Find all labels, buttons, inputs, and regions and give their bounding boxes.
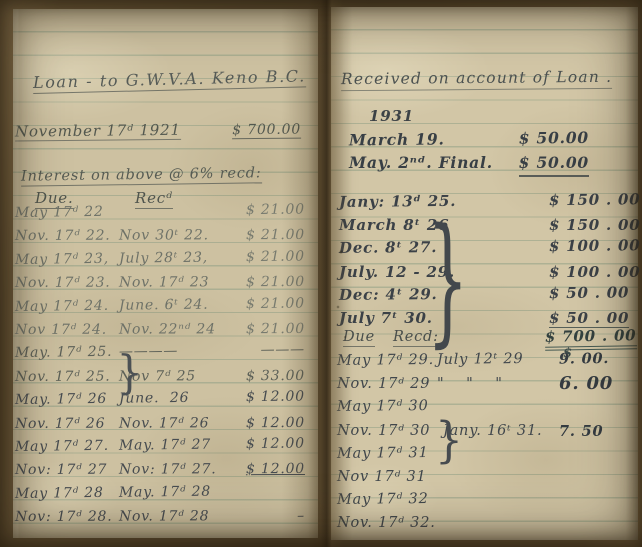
- due-cell: May 17ᵈ 30: [337, 398, 429, 415]
- table-row: March 19.$ 50.00: [331, 127, 631, 154]
- recd-cell: June. 26: [119, 389, 237, 406]
- left-page: Loan - to G.W.V.A. Keno B.C. November 17…: [13, 9, 318, 538]
- due-cell: May 17ᵈ 29.: [337, 352, 434, 369]
- table-row: Dec. 8ᵗ 27.$ 100 . 00: [331, 237, 631, 263]
- due-cell: Nov 17ᵈ 31: [337, 469, 427, 485]
- bracket-1930: }: [435, 412, 464, 468]
- amt-cell: $ 12.00: [237, 461, 315, 477]
- year-label: 1931: [369, 107, 414, 125]
- table-row: Nov. 17ᵈ 22.Nov 30ᵗ 22.$ 21.00: [15, 227, 315, 251]
- due-column-header: Due.: [35, 189, 74, 209]
- table-row: Dec: 4ᵗ 29.$ 50 . 00: [331, 283, 631, 309]
- table-row: Nov. 17ᵈ 25.Nov 7ᵈ 25$ 33.00: [15, 368, 315, 392]
- date-cell: March 19.: [331, 129, 445, 154]
- date-cell: July 7ᵗ 30.: [331, 309, 433, 332]
- amt-cell: ———: [237, 342, 315, 359]
- amt-cell: $ 50.00: [519, 153, 589, 177]
- recd-column-header: Recᵈ: [135, 189, 173, 209]
- table-row: Nov. 17ᵈ 26Nov. 17ᵈ 26$ 12.00: [15, 414, 315, 438]
- table-row: May. 17ᵈ 25.———————: [15, 342, 315, 369]
- table-row: May 17ᵈ 31: [331, 443, 636, 469]
- table-row: May 17ᵈ 24.June. 6ᵗ 24.$ 21.00: [15, 295, 315, 322]
- due-cell: May 17ᵈ 22: [15, 204, 119, 221]
- date-cell: Jany: 13ᵈ 25.: [331, 192, 456, 216]
- recd-cell: July 28ᵗ 23,: [119, 249, 237, 266]
- amt-cell: $ 21.00: [237, 248, 315, 265]
- recd-cell: Nov. 17ᵈ 23: [119, 274, 237, 290]
- recd-cell: May. 17ᵈ 28: [119, 483, 237, 500]
- received-title: Received on account of Loan .: [341, 68, 612, 91]
- amt-cell: $ 50 . 00: [549, 283, 629, 302]
- recd-cell: ————: [119, 343, 237, 360]
- amt-cell: $ 100 . 00: [549, 263, 641, 281]
- table-row: May 17ᵈ 28May. 17ᵈ 28: [15, 482, 315, 509]
- table-row: May. 2ⁿᵈ. Final.$ 50.00: [331, 153, 631, 177]
- amt-cell: $ 100 . 00: [549, 237, 641, 256]
- recd-cell: Nov 30ᵗ 22.: [119, 228, 237, 244]
- table-row: May. 17ᵈ 26June. 26$ 12.00: [15, 388, 315, 415]
- bracket-principal-group: }: [427, 197, 469, 361]
- interest-due-table: May 17ᵈ 29.July 12ᵗ 299. 00.Nov. 17ᵈ 29"…: [331, 353, 636, 539]
- loan-title: Loan - to G.W.V.A. Keno B.C.: [33, 66, 306, 94]
- amt-cell: $ 21.00: [237, 274, 315, 290]
- table-row: May 17ᵈ 30: [331, 396, 636, 422]
- recd-cell: " " ": [437, 376, 503, 392]
- table-row: Nov: 17ᵈ 28.Nov. 17ᵈ 28–: [15, 508, 315, 532]
- due-cell: May 17ᵈ 23,: [15, 251, 119, 268]
- amt-cell: 7. 50: [559, 423, 603, 440]
- due-cell: May 17ᵈ 31: [337, 445, 429, 462]
- due-cell: Nov: 17ᵈ 27: [15, 462, 119, 478]
- table-row: July. 12 - 29.$ 100 . 00: [331, 263, 631, 286]
- recd-cell: Jany. 16ᵗ 31.: [443, 423, 542, 439]
- table-row: March 8ᵗ 26$ 150 . 00: [331, 216, 631, 239]
- due-cell: May. 17ᵈ 25.: [15, 344, 119, 361]
- table-row: Nov. 17ᵈ 30Jany. 16ᵗ 31.7. 50: [331, 423, 636, 446]
- due-cell: May 17ᵈ 32: [337, 491, 429, 508]
- bracket-1925: }: [117, 345, 144, 399]
- due-cell: Nov. 17ᵈ 29: [337, 376, 430, 392]
- due-cell: May 17ᵈ 28: [15, 484, 119, 501]
- interest-payments-table: May 17ᵈ 22$ 21.00Nov. 17ᵈ 22.Nov 30ᵗ 22.…: [15, 205, 315, 532]
- date-cell: May. 2ⁿᵈ. Final.: [331, 153, 493, 177]
- recd-cell: [119, 202, 237, 203]
- amt-cell: $ 21.00: [237, 201, 315, 218]
- book-gutter: [308, 0, 344, 547]
- notebook: Loan - to G.W.V.A. Keno B.C. November 17…: [0, 0, 642, 547]
- recd-cell: Nov. 17ᵈ 28: [119, 508, 237, 524]
- loan-date: November 17ᵈ 1921: [15, 121, 181, 142]
- total-amount: $ 700 . 00: [545, 326, 637, 351]
- amt-cell: $ 21.00: [237, 295, 315, 312]
- due-cell: May 17ᵈ 24.: [15, 297, 119, 314]
- due-cell: Nov 17ᵈ 24.: [15, 322, 119, 338]
- table-row: Jany: 13ᵈ 25.$ 150 . 00: [331, 190, 631, 216]
- due-cell: Nov. 17ᵈ 22.: [15, 228, 119, 244]
- amt-cell: $ 150 . 00: [549, 216, 641, 234]
- table-row: Nov. 17ᵈ 32.: [331, 515, 636, 538]
- amt-cell: $ 21.00: [237, 321, 315, 337]
- due-cell: May 17ᵈ 27.: [15, 438, 119, 455]
- due-cell: Nov. 17ᵈ 26: [15, 415, 119, 431]
- table-row: May 17ᵈ 29.July 12ᵗ 299. 00.: [331, 350, 636, 376]
- date-cell: Dec. 8ᵗ 27.: [331, 238, 437, 262]
- table-row: Nov 17ᵈ 31: [331, 469, 636, 492]
- interest-note: Interest on above @ 6% recd:: [21, 165, 262, 186]
- amt-cell: $ 50 . 00: [549, 309, 629, 328]
- date-cell: July. 12 - 29.: [331, 263, 455, 286]
- table-row: May 17ᵈ 27.May. 17ᵈ 27$ 12.00: [15, 435, 315, 462]
- due-cell: Nov. 17ᵈ 32.: [337, 515, 436, 531]
- recd-cell: July 12ᵗ 29: [437, 351, 524, 368]
- due-cell: Nov. 17ᵈ 25.: [15, 368, 119, 384]
- date-cell: Dec: 4ᵗ 29.: [331, 285, 438, 309]
- loan-amount: $ 700.00: [232, 122, 301, 140]
- table-row: May 17ᵈ 22$ 21.00: [15, 201, 315, 228]
- table-row: May 17ᵈ 32: [331, 489, 636, 515]
- recd-cell: Nov. 17ᵈ 26: [119, 415, 237, 431]
- amt-cell: $ 12.00: [237, 435, 315, 452]
- recd-cell: May. 17ᵈ 27: [119, 436, 237, 453]
- table-row: Nov: 17ᵈ 27Nov: 17ᵈ 27.$ 12.00: [15, 461, 315, 485]
- table-row: July 7ᵗ 30.$ 50 . 00: [331, 309, 631, 332]
- amt-cell: $ 12.00: [237, 414, 315, 430]
- due-column-header: Due: [343, 329, 375, 347]
- amt-cell: 9. 00.: [559, 350, 609, 368]
- table-row: Nov. 17ᵈ 23.Nov. 17ᵈ 23$ 21.00: [15, 274, 315, 298]
- recd-cell: Nov: 17ᵈ 27.: [119, 462, 237, 478]
- loan-date-line: November 17ᵈ 1921 $ 700.00: [15, 119, 313, 141]
- amt-cell: –: [237, 508, 315, 524]
- recd-cell: June. 6ᵗ 24.: [119, 296, 237, 313]
- principal-payments-table: Jany: 13ᵈ 25.$ 150 . 00March 8ᵗ 26$ 150 …: [331, 193, 631, 332]
- final-payments-table: March 19.$ 50.00May. 2ⁿᵈ. Final.$ 50.00: [331, 129, 631, 177]
- amt-cell: 6. 00: [559, 373, 613, 394]
- amt-cell: $ 21.00: [237, 227, 315, 243]
- date-cell: March 8ᵗ 26: [331, 216, 449, 239]
- amt-cell: $ 33.00: [237, 368, 315, 384]
- total-line: Due Recd: $ 700 . 00 $: [331, 329, 631, 353]
- table-row: May 17ᵈ 23,July 28ᵗ 23,$ 21.00: [15, 248, 315, 275]
- amt-cell: [237, 482, 315, 483]
- amt-cell: $ 50.00: [519, 128, 590, 153]
- recd-cell: Nov 7ᵈ 25: [119, 368, 237, 384]
- due-cell: Nov. 17ᵈ 23.: [15, 275, 119, 291]
- dollar-mark: $: [563, 346, 573, 361]
- due-cell: Nov: 17ᵈ 28.: [15, 509, 119, 525]
- right-page: Received on account of Loan . 1931 March…: [331, 7, 638, 540]
- due-cell: May. 17ᵈ 26: [15, 391, 119, 408]
- amt-cell: $ 12.00: [237, 388, 315, 405]
- table-row: Nov 17ᵈ 24.Nov. 22ⁿᵈ 24$ 21.00: [15, 321, 315, 345]
- recd-cell: Nov. 22ⁿᵈ 24: [119, 321, 237, 337]
- table-row: Nov. 17ᵈ 29" " "6. 00: [331, 376, 636, 399]
- amt-cell: $ 150 . 00: [549, 190, 641, 209]
- recd-column-header: Recd:: [393, 329, 439, 347]
- due-cell: Nov. 17ᵈ 30: [337, 423, 430, 439]
